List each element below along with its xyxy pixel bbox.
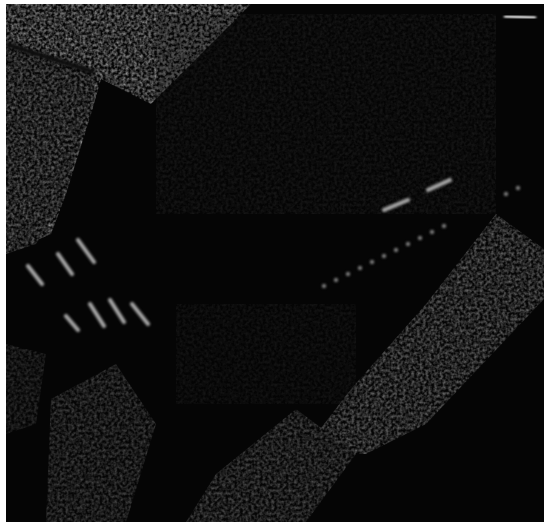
aerial-scene: [6, 4, 544, 522]
top-right-mark: [504, 16, 536, 18]
aerial-photo: [6, 4, 544, 522]
